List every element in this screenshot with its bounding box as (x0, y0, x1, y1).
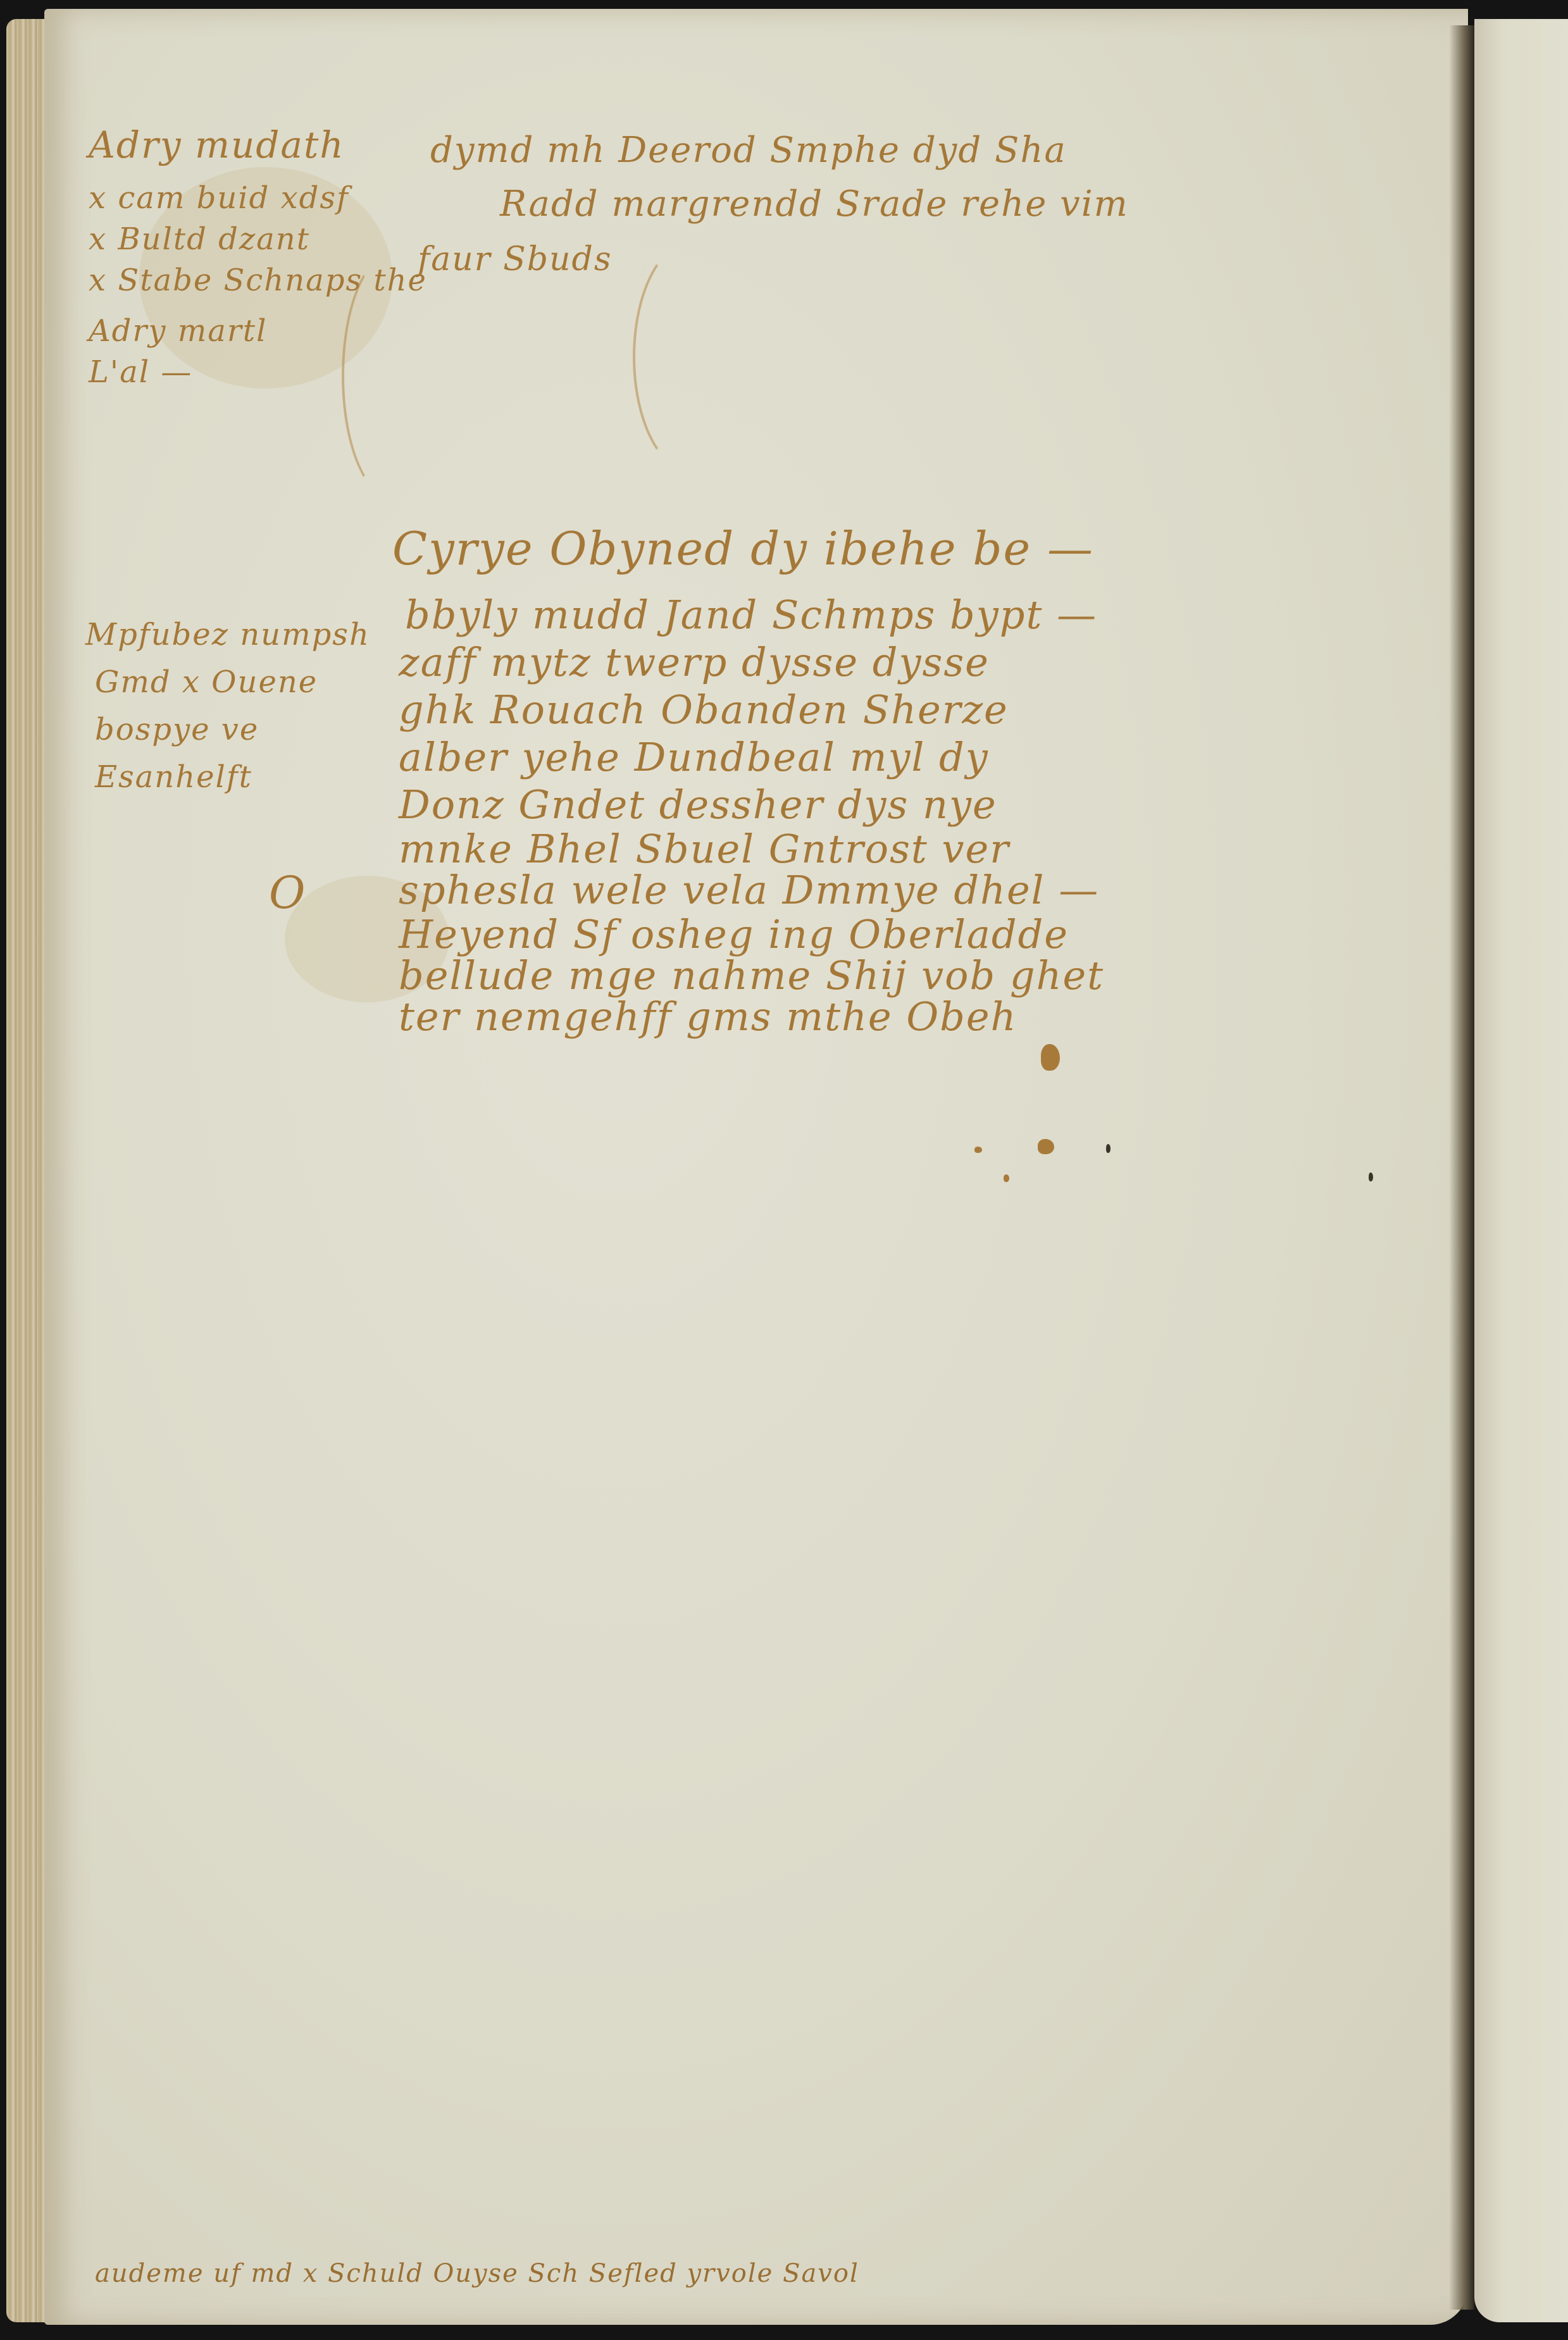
entry-line: faur Sbuds (418, 240, 613, 278)
paragraph-line: bbyly mudd Jand Schmps bypt — (405, 592, 1097, 638)
facing-page-edge (1474, 19, 1568, 2322)
ink-blot (974, 1147, 982, 1153)
manuscript-page (44, 9, 1468, 2325)
pen-flourish (633, 240, 752, 473)
paragraph-line: sphesla wele vela Dmmye dhel — (399, 867, 1099, 913)
book-gutter (1449, 25, 1474, 2310)
note-line: Adry mudath (89, 123, 345, 166)
note-line: Gmd x Ouene (95, 664, 318, 700)
paragraph-line: ter nemgehff gms mthe Obeh (399, 993, 1017, 1040)
paragraph-line: Heyend Sf osheg ing Oberladde (399, 911, 1069, 957)
paragraph-line: bellude mge nahme Shij vob ghet (399, 952, 1104, 999)
note-line: x cam buid xdsf (89, 180, 349, 216)
ink-blot (1041, 1044, 1060, 1071)
entry-line: dymd mh Deerod Smphe dyd Sha (430, 130, 1067, 171)
ink-blot (1004, 1174, 1009, 1182)
paragraph-line: mnke Bhel Sbuel Gntrost ver (399, 826, 1010, 872)
pen-flourish (342, 253, 442, 499)
note-line: Mpfubez numpsh (85, 617, 370, 652)
note-line: L'al — (89, 354, 192, 390)
paragraph-line: ghk Rouach Obanden Sherze (399, 687, 1009, 733)
ink-spot (1369, 1173, 1373, 1181)
paragraph-line: alber yehe Dundbeal myl dy (399, 734, 989, 780)
note-line: bospye ve (95, 712, 259, 747)
note-line: x Bultd dzant (89, 221, 310, 257)
circle-mark: O (269, 867, 306, 919)
paragraph-line: Cyrye Obyned dy ibehe be — (392, 522, 1094, 575)
entry-line: Radd margrendd Srade rehe vim (500, 184, 1129, 225)
footer-line: audeme uf md x Schuld Ouyse Sch Sefled y… (95, 2259, 859, 2288)
ink-blot (1038, 1139, 1054, 1154)
ink-spot (1106, 1144, 1111, 1153)
note-line: Adry martl (89, 313, 267, 349)
paragraph-line: Donz Gndet dessher dys nye (399, 781, 997, 828)
note-line: Esanhelft (95, 759, 252, 795)
paragraph-line: zaff mytz twerp dysse dysse (399, 639, 990, 685)
